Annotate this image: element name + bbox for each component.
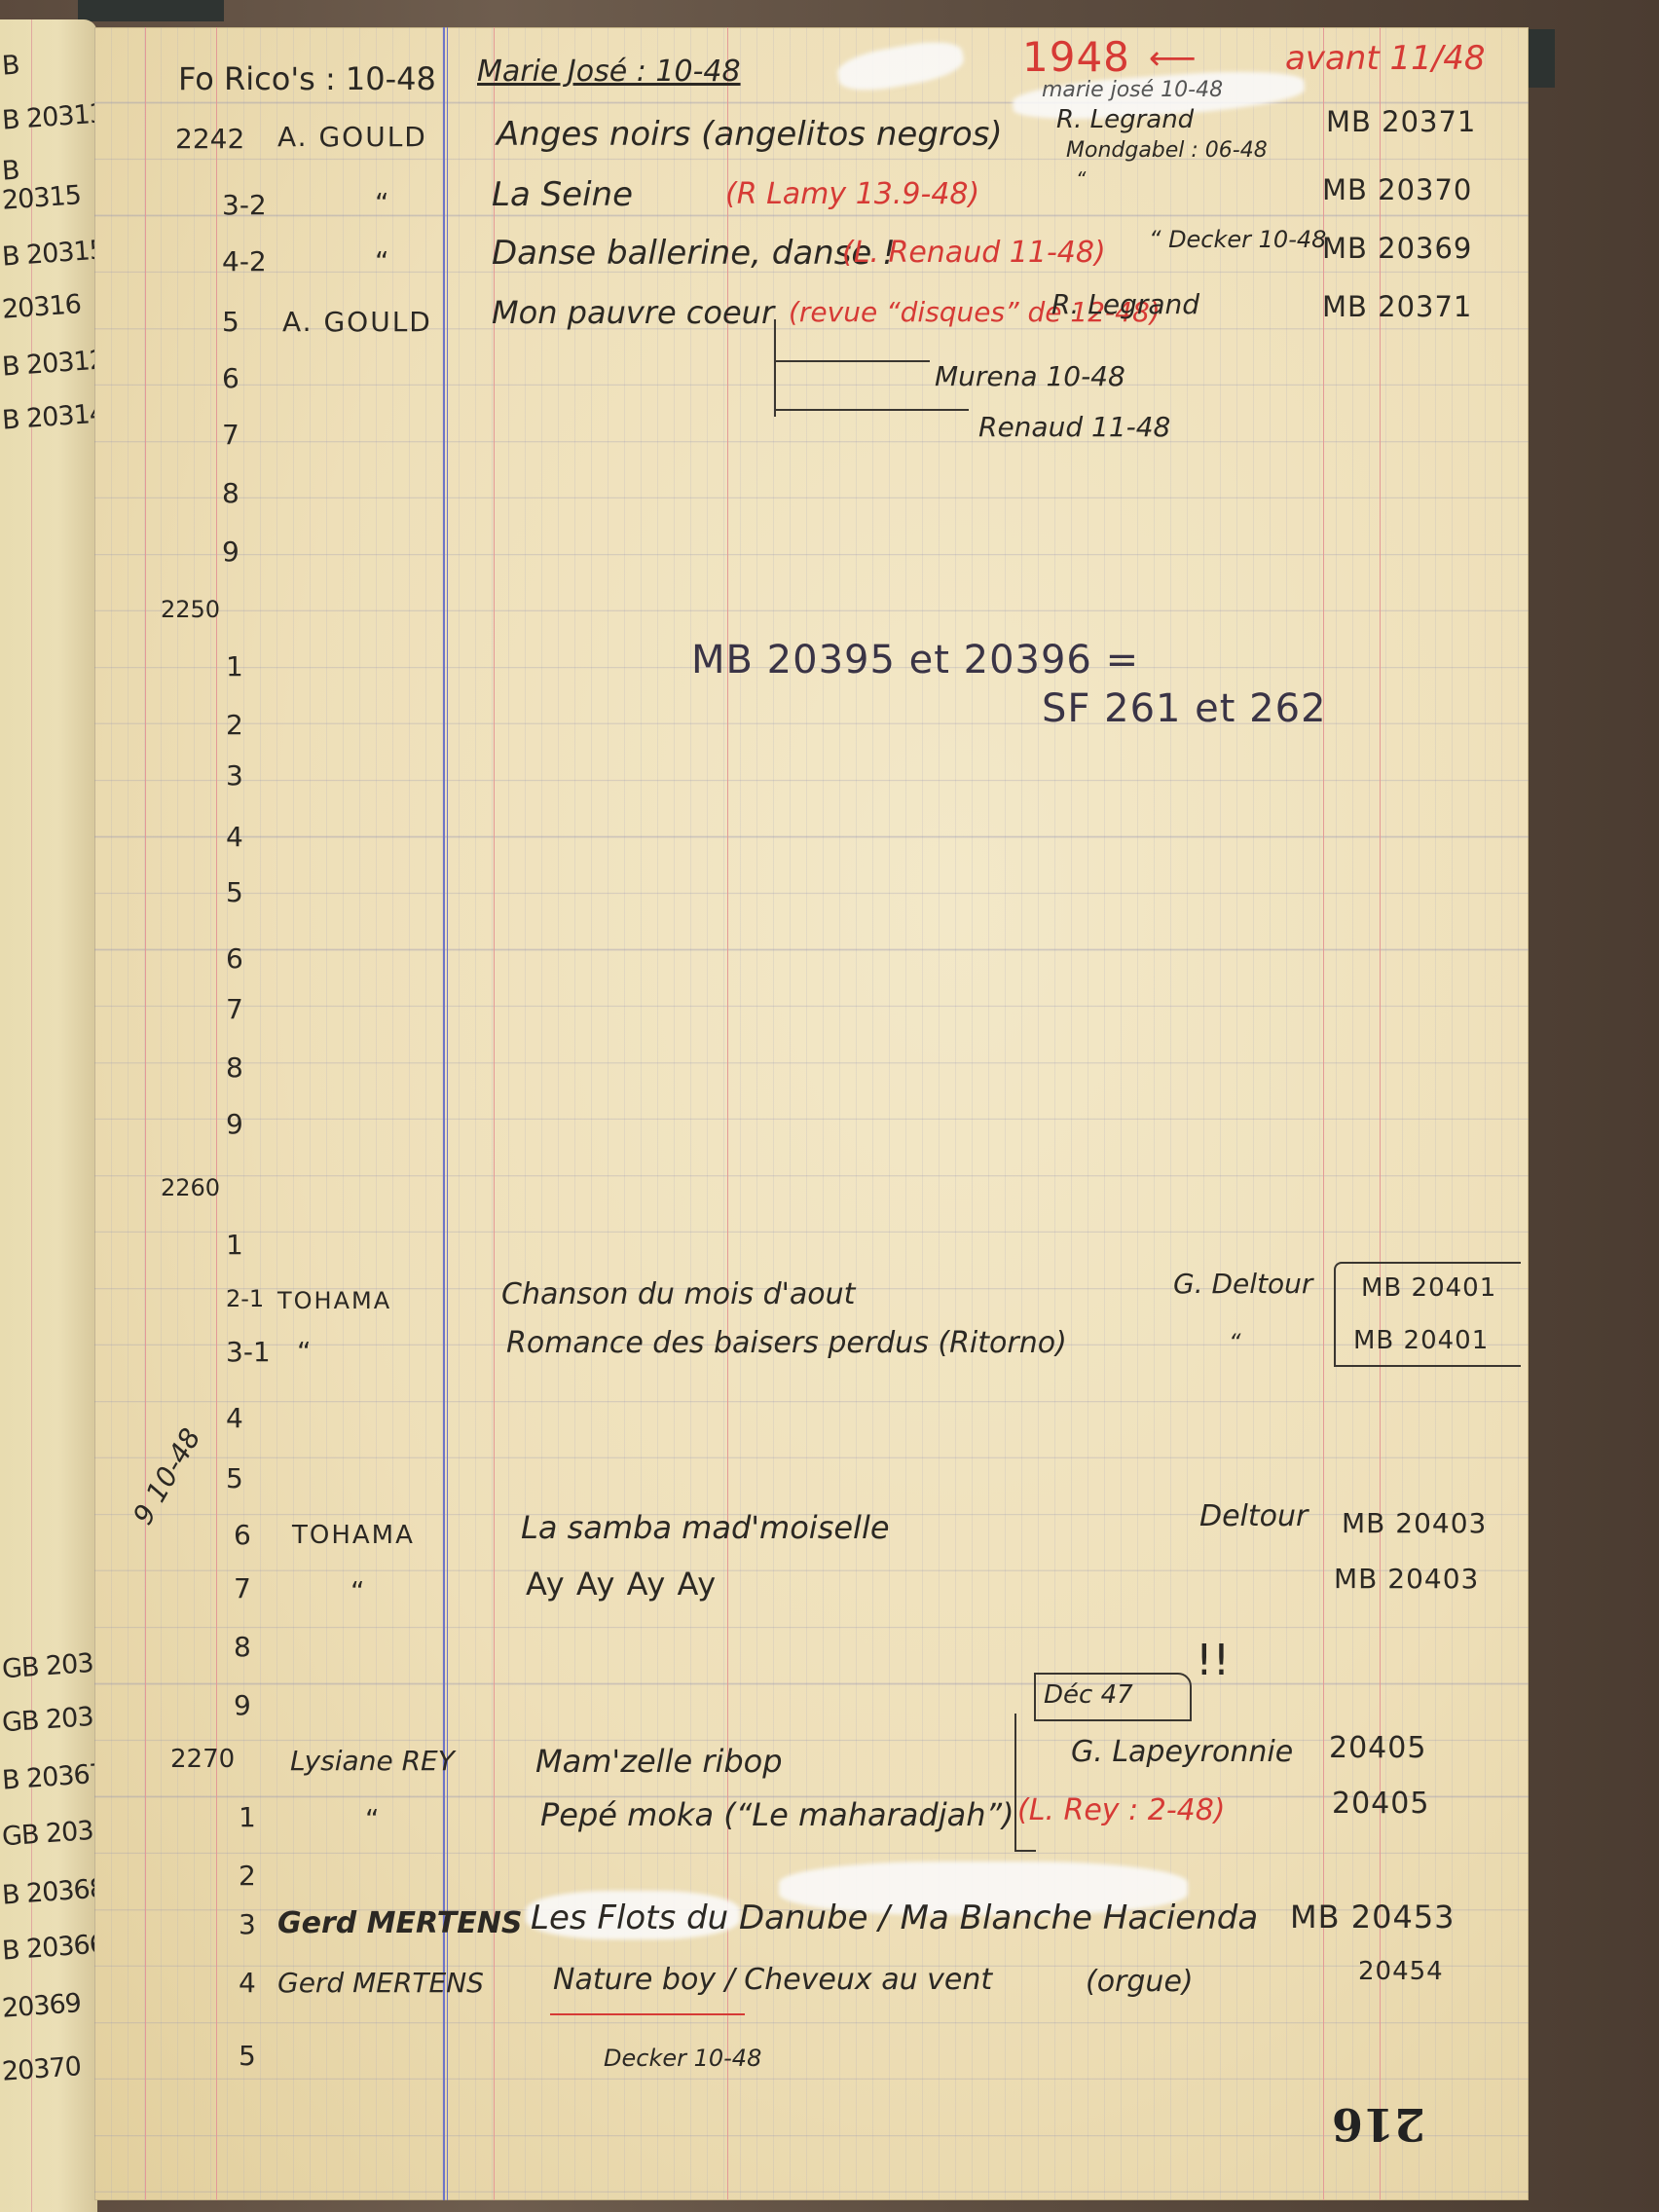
- page-number: 216: [1332, 2098, 1425, 2151]
- date-note: avant 11/48: [1285, 39, 1485, 78]
- row-number: 8: [234, 1631, 251, 1663]
- song-title: Anges noirs (angelitos negros): [497, 115, 1003, 154]
- composer: Deltour: [1199, 1499, 1308, 1533]
- column-divider: [447, 27, 448, 2200]
- catalog-number: MB 20453: [1290, 1899, 1456, 1935]
- catalog-number: MB 20369: [1322, 232, 1472, 265]
- left-page-edge: B B 20313 B 20315 B 20315 20316 B 20312 …: [0, 19, 97, 2212]
- left-margin-number: B 20313: [1, 98, 106, 135]
- left-margin-number: B: [1, 50, 20, 81]
- margin-line: [1323, 27, 1324, 2200]
- link-bracket: [774, 360, 930, 362]
- box-note: Déc 47: [1044, 1680, 1133, 1710]
- left-margin-number: B 20368: [1, 1873, 106, 1910]
- row-number: 7: [222, 419, 240, 451]
- row-number: 5: [226, 876, 243, 908]
- composer: R. Legrand: [1051, 288, 1199, 320]
- exclamation-marks: !!: [1196, 1636, 1230, 1685]
- catalog-equivalence-note: MB 20395 et 20396 =: [691, 638, 1139, 682]
- artist-name: Gerd MERTENS: [277, 1906, 522, 1940]
- artist-ditto: “: [297, 1336, 313, 1368]
- catalog-number: MB 20371: [1322, 290, 1472, 323]
- row-number: 7: [234, 1572, 251, 1604]
- margin-line: [494, 27, 495, 2200]
- red-note: (L. Renaud 11-48): [842, 236, 1106, 270]
- artist-name: A. GOULD: [282, 306, 432, 338]
- row-number: 1: [226, 1229, 243, 1261]
- left-margin-number: 20369: [1, 1988, 82, 2024]
- left-margin-number: B 20314: [1, 398, 106, 435]
- song-title: Pepé moka (“Le maharadjah”): [540, 1796, 1014, 1833]
- whiteout-note: marie josé 10-48: [1042, 78, 1223, 102]
- song-title: Les Flots du Danube / Ma Blanche Haciend…: [531, 1899, 1258, 1937]
- left-margin-number: B 20367: [1, 1758, 106, 1795]
- link-bracket: [774, 319, 776, 417]
- song-title: Mam'zelle ribop: [535, 1743, 783, 1780]
- row-number: 5: [222, 306, 240, 338]
- catalog-number: 20454: [1358, 1957, 1444, 1986]
- red-note: (R Lamy 13.9-48): [725, 177, 979, 211]
- row-block-number: 2250: [161, 596, 220, 623]
- arrow-note: Murena 10-48: [935, 360, 1125, 392]
- left-margin-number: B: [1, 155, 20, 186]
- artist-ditto: “: [375, 245, 391, 277]
- song-title: La samba mad'moiselle: [521, 1509, 890, 1546]
- link-bracket: [774, 409, 969, 411]
- artist-ditto: “: [375, 187, 391, 219]
- row-number: 8: [222, 477, 240, 509]
- row-number: 4: [226, 821, 243, 853]
- header-note-arrow: Marie José : 10-48: [477, 55, 741, 89]
- row-number: 2: [239, 1860, 256, 1892]
- margin-line: [727, 27, 728, 2200]
- song-title: Chanson du mois d'aout: [501, 1277, 855, 1311]
- catalog-bracket: [1334, 1262, 1521, 1367]
- row-number: 3: [226, 759, 243, 792]
- margin-line: [216, 27, 217, 2200]
- composer-ditto: “: [1229, 1329, 1240, 1356]
- artist-name: A. GOULD: [277, 121, 427, 153]
- row-number: 3-1: [226, 1336, 271, 1368]
- row-block-number: 2270: [170, 1745, 235, 1774]
- row-number: 9: [222, 535, 240, 568]
- composer-note: Mondgabel : 06-48: [1066, 138, 1268, 163]
- binding-strap: [78, 0, 224, 21]
- row-number: 4: [226, 1402, 243, 1434]
- artist-name: TOHAMA: [277, 1287, 391, 1314]
- catalog-equivalence-note: SF 261 et 262: [1042, 686, 1327, 731]
- composer: G. Lapeyronnie: [1071, 1735, 1293, 1769]
- row-number: 7: [226, 993, 243, 1025]
- row-number: 1: [239, 1801, 256, 1833]
- catalog-number: 20405: [1332, 1787, 1429, 1821]
- artist-name: TOHAMA: [292, 1521, 415, 1550]
- row-number: 3-2: [222, 189, 267, 221]
- row-number: 5: [239, 2040, 256, 2072]
- row-number: 2242: [175, 123, 244, 155]
- row-number: 4: [239, 1967, 256, 1999]
- catalog-number: 20405: [1329, 1731, 1426, 1765]
- year-note: 1948: [1022, 33, 1130, 81]
- catalog-number: MB 20403: [1342, 1507, 1487, 1539]
- header-note: Fo Rico's : 10-48: [178, 60, 436, 97]
- red-note: (L. Rey : 2-48): [1017, 1793, 1226, 1827]
- left-margin-number: 20316: [1, 289, 82, 325]
- song-title: Mon pauvre coeur: [492, 294, 774, 331]
- song-title: La Seine: [492, 175, 633, 214]
- catalog-number: MB 20403: [1334, 1563, 1479, 1595]
- row-number: 2: [226, 709, 243, 741]
- margin-line: [1380, 27, 1381, 2200]
- left-margin-number: B 20315: [1, 235, 106, 272]
- row-number: 6: [226, 942, 243, 975]
- song-title: Danse ballerine, danse !: [492, 234, 896, 273]
- link-bracket: [1014, 1714, 1036, 1852]
- row-number: 8: [226, 1051, 243, 1084]
- catalog-number: MB 20371: [1326, 105, 1476, 138]
- column-divider: [443, 27, 445, 2200]
- artist-name: Lysiane REY: [290, 1745, 455, 1777]
- margin-line: [145, 27, 146, 2200]
- row-number: 6: [222, 362, 240, 394]
- artist-ditto: “: [365, 1803, 382, 1835]
- arrow-note: Decker 10-48: [604, 2045, 761, 2072]
- catalog-number: MB 20370: [1322, 173, 1472, 206]
- row-number: 4-2: [222, 245, 267, 277]
- red-underline: [550, 2013, 745, 2015]
- arrow-note: Renaud 11-48: [978, 411, 1170, 443]
- artist-ditto: “: [350, 1575, 367, 1607]
- left-margin-number: 20315: [1, 180, 82, 216]
- artist-name: Gerd MERTENS: [277, 1967, 484, 1999]
- instrument-note: (orgue): [1086, 1965, 1194, 1999]
- left-margin-number: B 20366: [1, 1929, 106, 1966]
- composer: G. Deltour: [1173, 1268, 1312, 1300]
- arrow-icon: ⟵: [1149, 39, 1197, 78]
- row-number: 2-1: [226, 1285, 264, 1312]
- song-title: Romance des baisers perdus (Ritorno): [506, 1326, 1067, 1360]
- song-title: Nature boy / Cheveux au vent: [553, 1963, 992, 1997]
- song-title: Ay Ay Ay Ay: [526, 1566, 717, 1603]
- left-margin-number: B 20312: [1, 345, 106, 382]
- composer: “ Decker 10-48: [1149, 226, 1326, 253]
- composer: R. Legrand: [1056, 105, 1194, 134]
- row-number: 5: [226, 1462, 243, 1494]
- row-number: 6: [234, 1519, 251, 1551]
- row-number: 9: [234, 1689, 251, 1721]
- row-number: 1: [226, 650, 243, 682]
- left-margin-number: 20370: [1, 2051, 82, 2087]
- row-block-number: 2260: [161, 1174, 220, 1201]
- composer-ditto: “: [1076, 167, 1086, 191]
- row-number: 9: [226, 1108, 243, 1140]
- row-number: 3: [239, 1908, 256, 1940]
